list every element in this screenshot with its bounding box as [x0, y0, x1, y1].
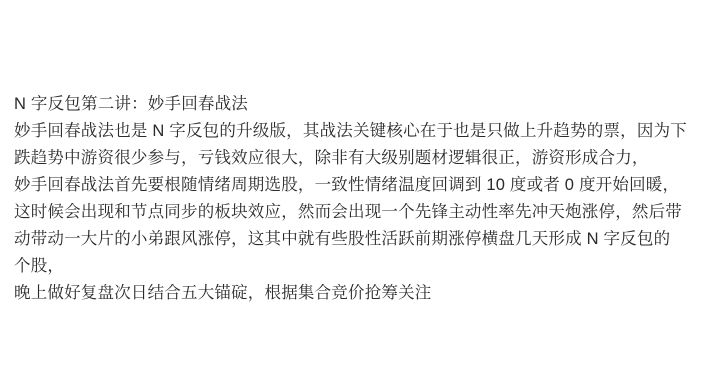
paragraph-1: 妙手回春战法也是 N 字反包的升级版，其战法关键核心在于也是只做上升趋势的票，因…	[14, 118, 710, 172]
document-page: N 字反包第二讲：妙手回春战法 妙手回春战法也是 N 字反包的升级版，其战法关键…	[0, 0, 723, 386]
paragraph-3: 晚上做好复盘次日结合五大锚碇，根据集合竞价抢筹关注	[14, 280, 710, 307]
text-line: 妙手回春战法也是 N 字反包的升级版，其战法关键核心在于也是只做上升趋势的票，因…	[14, 118, 710, 145]
text-line: 晚上做好复盘次日结合五大锚碇，根据集合竞价抢筹关注	[14, 280, 710, 307]
text-line: 妙手回春战法首先要根随情绪周期选股，一致性情绪温度回调到 10 度或者 0 度开…	[14, 172, 710, 199]
text-line: 跌趋势中游资很少参与，亏钱效应很大，除非有大级别题材逻辑很正，游资形成合力，	[14, 145, 710, 172]
text-line: 个股，	[14, 253, 710, 280]
text-line: 这时候会出现和节点同步的板块效应，然而会出现一个先锋主动性率先冲天炮涨停，然后带	[14, 199, 710, 226]
paragraph-2: 妙手回春战法首先要根随情绪周期选股，一致性情绪温度回调到 10 度或者 0 度开…	[14, 172, 710, 280]
document-title: N 字反包第二讲：妙手回春战法	[14, 91, 710, 118]
text-line: 动带动一大片的小弟跟风涨停，这其中就有些股性活跃前期涨停横盘几天形成 N 字反包…	[14, 226, 710, 253]
